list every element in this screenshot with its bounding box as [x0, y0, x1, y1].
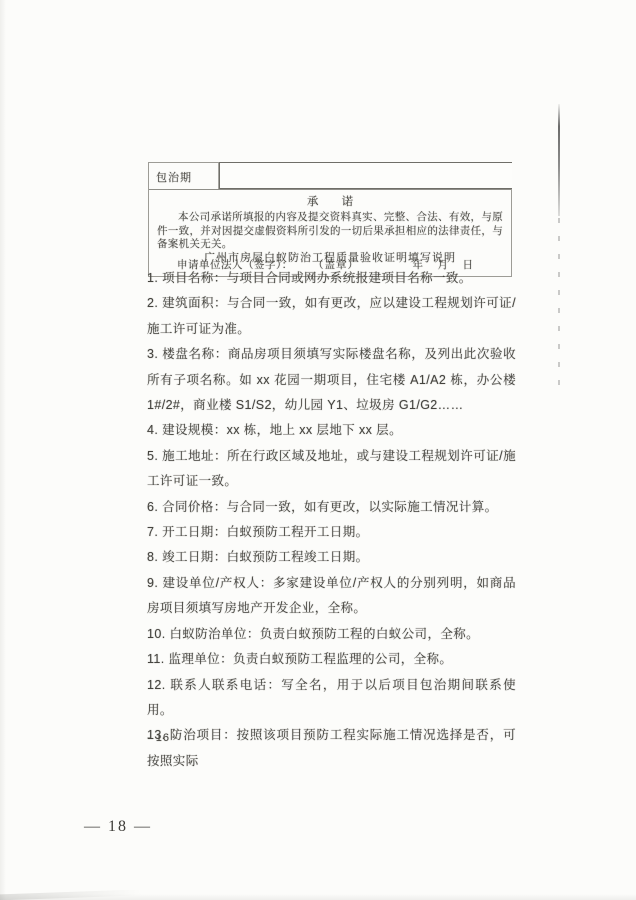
- warranty-period-label: 包治期: [149, 163, 219, 189]
- instruction-item-4: 4. 建设规模：xx 栋，地上 xx 层地下 xx 层。: [147, 418, 516, 443]
- warranty-period-row: 包治期: [149, 163, 511, 190]
- instruction-item-13: 13. 防治项目：按照该项目预防工程实际施工情况选择是否，可按照实际: [147, 723, 516, 774]
- warranty-period-blank-field: [219, 162, 512, 189]
- promise-body-text: 本公司承诺所填报的内容及提交资料真实、完整、合法、有效，与原件一致，并对因提交虚…: [157, 211, 503, 252]
- inner-page-number: - 16 -: [147, 732, 179, 744]
- instruction-item-6: 6. 合同价格：与合同一致，如有更改，以实际施工情况计算。: [147, 495, 516, 520]
- instruction-item-1: 1. 项目名称：与项目合同或网办系统报建项目名称一致。: [147, 266, 516, 291]
- scan-streak-artifact-tail: [558, 218, 560, 388]
- instructions-list: 1. 项目名称：与项目合同或网办系统报建项目名称一致。 2. 建筑面积：与合同一…: [147, 266, 516, 774]
- scanned-document-page: 包治期 承 诺 本公司承诺所填报的内容及提交资料真实、完整、合法、有效，与原件一…: [0, 0, 636, 900]
- instruction-item-12: 12. 联系人联系电话：写全名，用于以后项目包治期间联系使用。: [147, 673, 516, 724]
- instruction-item-5: 5. 施工地址：所在行政区域及地址，或与建设工程规划许可证/施工许可证一致。: [147, 444, 516, 495]
- promise-title: 承 诺: [157, 193, 503, 209]
- instruction-item-9: 9. 建设单位/产权人：多家建设单位/产权人的分别列明，如商品房项目须填写房地产…: [147, 571, 516, 622]
- instruction-item-2: 2. 建筑面积：与合同一致，如有更改，应以建设工程规划许可证/施工许可证为准。: [147, 291, 516, 342]
- scan-streak-artifact: [558, 104, 560, 216]
- instruction-item-11: 11. 监理单位：负责白蚁预防工程监理的公司，全称。: [147, 647, 516, 672]
- instruction-item-10: 10. 白蚁防治单位：负责白蚁预防工程的白蚁公司，全称。: [147, 622, 516, 647]
- instructions-title: 广州市房屋白蚁防治工程质量验收证明填写说明: [148, 249, 512, 265]
- scan-left-edge-shadow: [0, 0, 6, 900]
- instruction-item-7: 7. 开工日期：白蚁预防工程开工日期。: [147, 520, 516, 545]
- outer-page-number: — 18 —: [84, 818, 152, 836]
- instruction-item-8: 8. 竣工日期：白蚁预防工程竣工日期。: [147, 545, 516, 570]
- instruction-item-3: 3. 楼盘名称：商品房项目须填写实际楼盘名称，及列出此次验收所有子项名称。如 x…: [147, 342, 516, 418]
